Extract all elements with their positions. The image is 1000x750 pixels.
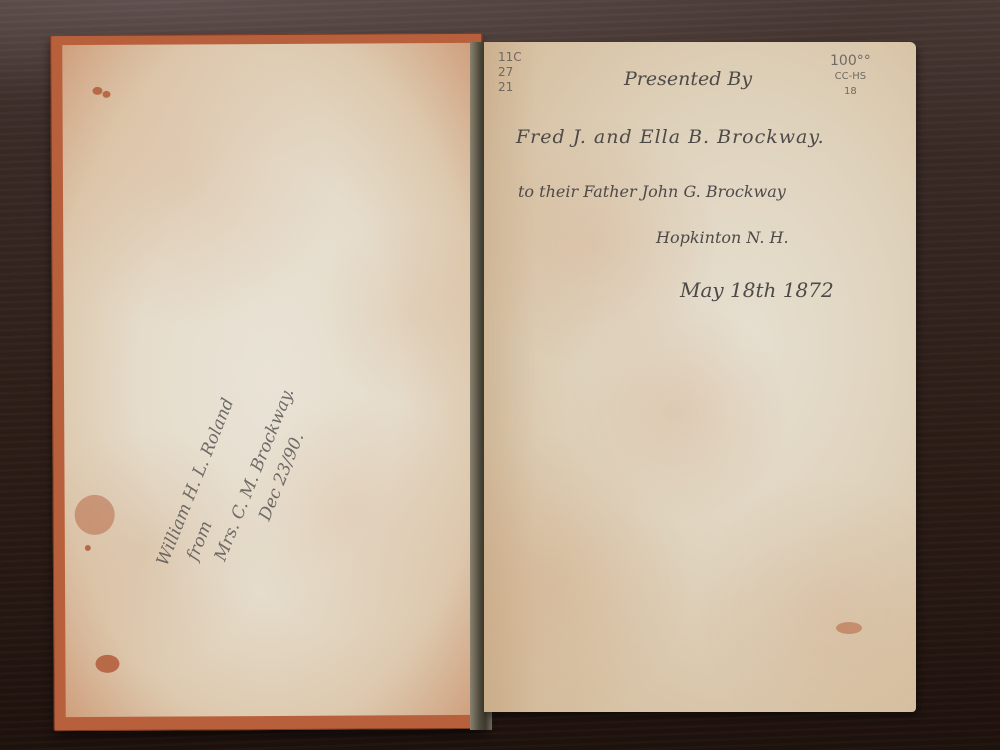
stain: [102, 91, 110, 98]
pencil-note: 18: [830, 84, 871, 99]
stain: [92, 87, 102, 95]
inscription-line-2: to their Father John G. Brockway: [518, 182, 786, 201]
inscription-line-3: Hopkinton N. H.: [656, 228, 789, 247]
pencil-notes-right: 100°° CC-HS 18: [830, 54, 871, 99]
pencil-note: 27: [498, 65, 522, 80]
pencil-note: 21: [498, 80, 522, 95]
pencil-notes-left: 11C 27 21: [498, 50, 522, 95]
inscription-line-1: Fred J. and Ella B. Brockway.: [516, 126, 825, 148]
stain: [75, 495, 115, 535]
pencil-price: 100°°: [830, 54, 871, 69]
pencil-note: CC-HS: [830, 69, 871, 84]
flyleaf-page: 11C 27 21 100°° CC-HS 18 Presented By Fr…: [484, 42, 916, 712]
inscription-date: May 18th 1872: [680, 278, 834, 302]
stain: [836, 622, 862, 634]
stain: [85, 545, 91, 551]
stain: [95, 655, 119, 673]
pencil-note: 11C: [498, 50, 522, 65]
inscription-heading: Presented By: [624, 68, 752, 90]
